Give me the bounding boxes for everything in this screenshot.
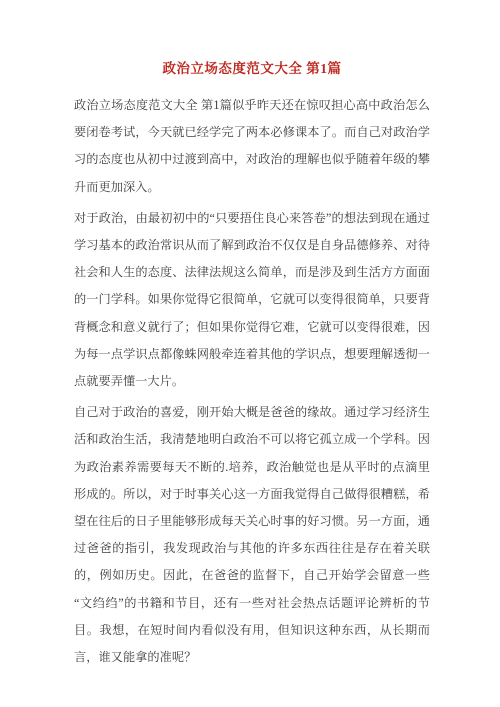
- document-body: 政治立场态度范文大全 第1篇 政治立场态度范文大全 第1篇似乎昨天还在惊叹担心高…: [74, 58, 430, 675]
- document-title: 政治立场态度范文大全 第1篇: [74, 58, 430, 80]
- document-paragraph-2: 对于政治，由最初初中的“只要捂住良心来答卷”的想法到现在通过学习基本的政治常识从…: [74, 205, 430, 395]
- document-paragraph-3: 自己对于政治的喜爱，刚开始大概是爸爸的缘故。通过学习经济生活和政治生活，我清楚地…: [74, 399, 430, 671]
- document-paragraph-1: 政治立场态度范文大全 第1篇似乎昨天还在惊叹担心高中政治怎么要闭卷考试，今天就已…: [74, 92, 430, 201]
- document-page: 政治立场态度范文大全 第1篇 政治立场态度范文大全 第1篇似乎昨天还在惊叹担心高…: [0, 0, 500, 707]
